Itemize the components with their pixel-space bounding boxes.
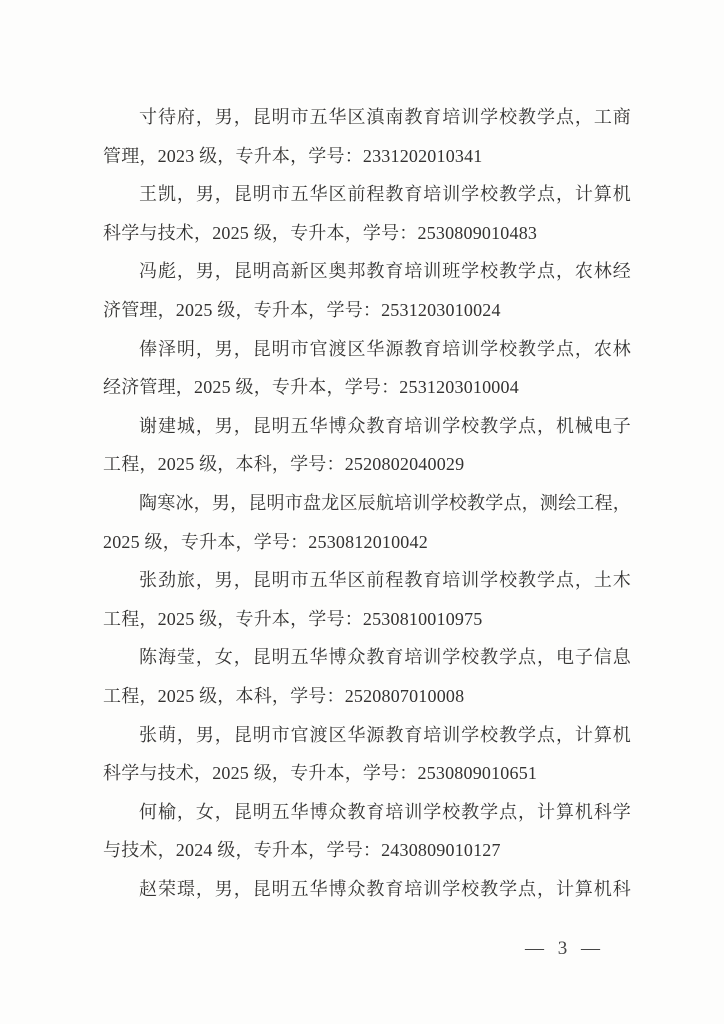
record-line: 工程，2025 级，专升本，学号：2530810010975 [103,600,631,639]
record-line: 与技术，2024 级，专升本，学号：2430809010127 [103,831,631,870]
record-line: 济管理，2025 级，专升本，学号：2531203010024 [103,291,631,330]
record-line: 俸泽明，男，昆明市官渡区华源教育培训学校教学点，农林 [103,330,631,369]
record-line: 张劲旅，男，昆明市五华区前程教育培训学校教学点，土木 [103,561,631,600]
record-line: 工程，2025 级，本科，学号：2520807010008 [103,677,631,716]
record-line: 赵荣璟，男，昆明五华博众教育培训学校教学点，计算机科 [103,870,631,909]
record-line: 工程，2025 级，本科，学号：2520802040029 [103,445,631,484]
record-line: 科学与技术，2025 级，专升本，学号：2530809010651 [103,754,631,793]
document-body: 寸待府，男，昆明市五华区滇南教育培训学校教学点，工商 管理，2023 级，专升本… [103,98,631,908]
record-line: 冯彪，男，昆明高新区奥邦教育培训班学校教学点，农林经 [103,252,631,291]
record-line: 陶寒冰，男，昆明市盘龙区辰航培训学校教学点，测绘工程， [103,484,631,523]
student-record: 何榆，女，昆明五华博众教育培训学校教学点，计算机科学 与技术，2024 级，专升… [103,793,631,870]
student-record: 赵荣璟，男，昆明五华博众教育培训学校教学点，计算机科 [103,870,631,909]
student-record: 张萌，男，昆明市官渡区华源教育培训学校教学点，计算机 科学与技术，2025 级，… [103,716,631,793]
record-line: 2025 级，专升本，学号：2530812010042 [103,523,631,562]
page-number: — 3 — [525,934,600,964]
student-record: 张劲旅，男，昆明市五华区前程教育培训学校教学点，土木 工程，2025 级，专升本… [103,561,631,638]
record-line: 王凯，男，昆明市五华区前程教育培训学校教学点，计算机 [103,175,631,214]
student-record: 谢建城，男，昆明五华博众教育培训学校教学点，机械电子 工程，2025 级，本科，… [103,407,631,484]
student-record: 寸待府，男，昆明市五华区滇南教育培训学校教学点，工商 管理，2023 级，专升本… [103,98,631,175]
record-line: 陈海莹，女，昆明五华博众教育培训学校教学点，电子信息 [103,638,631,677]
record-line: 何榆，女，昆明五华博众教育培训学校教学点，计算机科学 [103,793,631,832]
record-line: 经济管理，2025 级，专升本，学号：2531203010004 [103,368,631,407]
student-record: 陶寒冰，男，昆明市盘龙区辰航培训学校教学点，测绘工程， 2025 级，专升本，学… [103,484,631,561]
record-line: 张萌，男，昆明市官渡区华源教育培训学校教学点，计算机 [103,716,631,755]
student-record: 陈海莹，女，昆明五华博众教育培训学校教学点，电子信息 工程，2025 级，本科，… [103,638,631,715]
record-line: 寸待府，男，昆明市五华区滇南教育培训学校教学点，工商 [103,98,631,137]
student-record: 冯彪，男，昆明高新区奥邦教育培训班学校教学点，农林经 济管理，2025 级，专升… [103,252,631,329]
record-line: 管理，2023 级，专升本，学号：2331202010341 [103,137,631,176]
student-record: 王凯，男，昆明市五华区前程教育培训学校教学点，计算机 科学与技术，2025 级，… [103,175,631,252]
record-line: 科学与技术，2025 级，专升本，学号：2530809010483 [103,214,631,253]
student-record: 俸泽明，男，昆明市官渡区华源教育培训学校教学点，农林 经济管理，2025 级，专… [103,330,631,407]
record-line: 谢建城，男，昆明五华博众教育培训学校教学点，机械电子 [103,407,631,446]
